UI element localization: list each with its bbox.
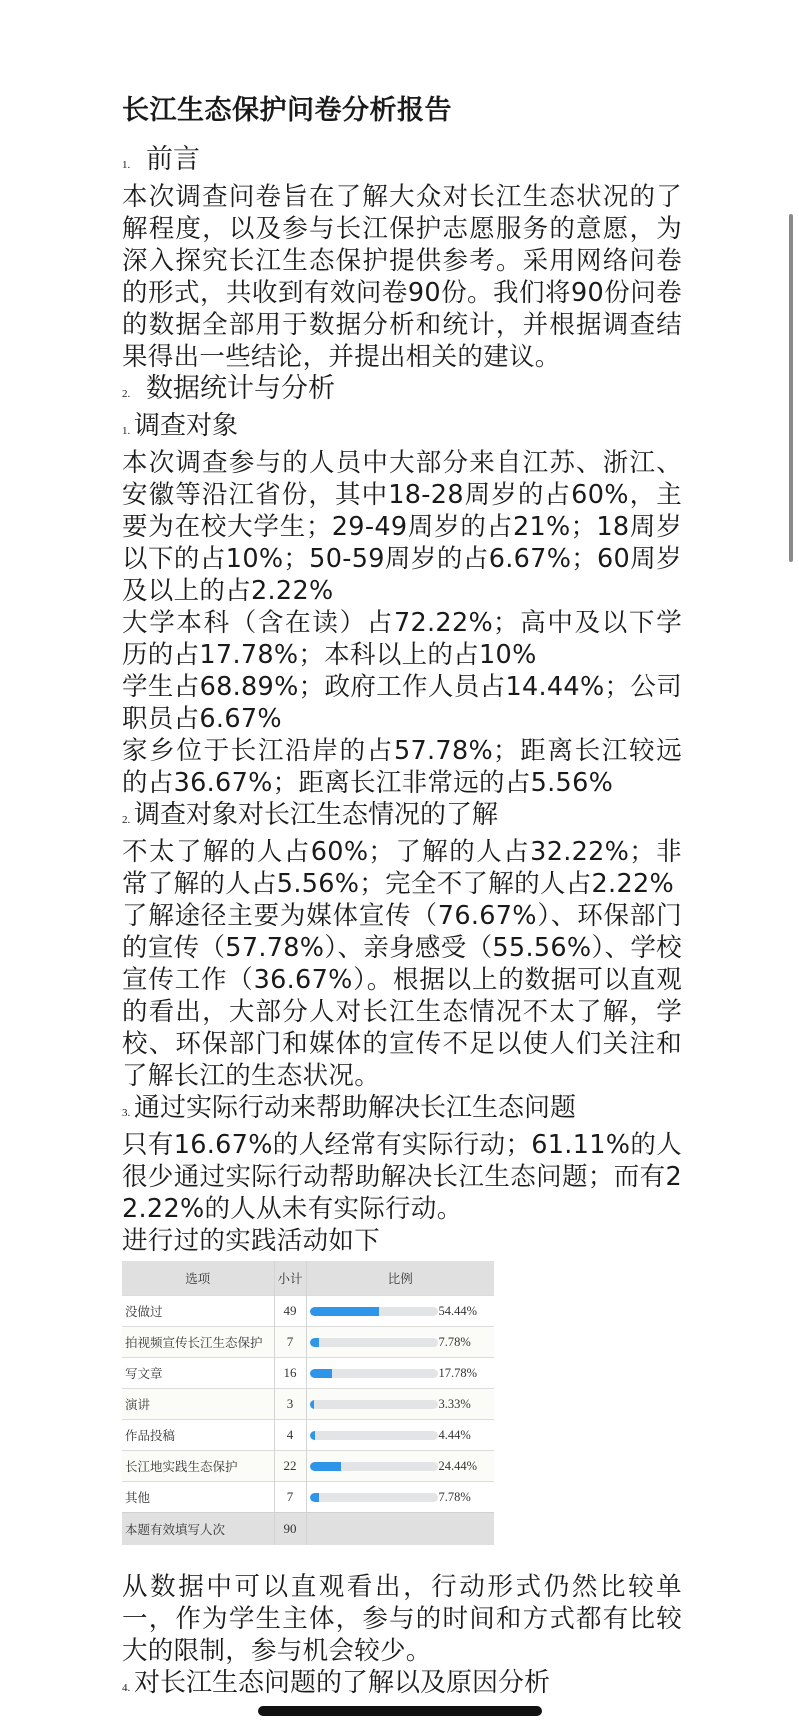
respondents-occupation-paragraph: 学生占68.89%；政府工作人员占14.44%；公司职员占6.67% bbox=[122, 671, 682, 735]
ratio-cell: 7.78% bbox=[306, 1327, 494, 1358]
count-cell: 49 bbox=[274, 1296, 306, 1327]
count-cell: 16 bbox=[274, 1358, 306, 1389]
ratio-cell: 3.33% bbox=[306, 1389, 494, 1420]
table-row: 演讲 3 3.33% bbox=[122, 1389, 494, 1420]
section-heading-text: 前言 bbox=[146, 144, 200, 176]
progress-bar-fill bbox=[310, 1431, 316, 1440]
section-number: 2. bbox=[122, 378, 146, 410]
footer-count-cell: 90 bbox=[274, 1513, 306, 1546]
respondents-hometown-paragraph: 家乡位于长江沿岸的占57.78%；距离长江较远的占36.67%；距离长江非常远的… bbox=[122, 735, 682, 799]
table-row: 长江地实践生态保护 22 24.44% bbox=[122, 1451, 494, 1482]
percent-label: 3.33% bbox=[439, 1397, 471, 1412]
option-cell: 演讲 bbox=[122, 1389, 274, 1420]
percent-label: 17.78% bbox=[439, 1366, 478, 1381]
ratio-cell: 4.44% bbox=[306, 1420, 494, 1451]
option-cell: 作品投稿 bbox=[122, 1420, 274, 1451]
awareness-level-paragraph: 不太了解的人占60%；了解的人占32.22%；非常了解的人占5.56%；完全不了… bbox=[122, 836, 682, 900]
awareness-channel-paragraph: 了解途径主要为媒体宣传（76.67%）、环保部门的宣传（57.78%）、亲身感受… bbox=[122, 900, 682, 1092]
subsection-number: 1. bbox=[122, 415, 134, 447]
option-cell: 其他 bbox=[122, 1482, 274, 1513]
progress-bar-fill bbox=[310, 1338, 320, 1347]
progress-bar bbox=[310, 1431, 438, 1440]
ratio-cell: 24.44% bbox=[306, 1451, 494, 1482]
subsection-heading-text: 调查对象对长江生态情况的了解 bbox=[134, 799, 498, 831]
activities-intro-line: 进行过的实践活动如下 bbox=[122, 1225, 682, 1257]
count-cell: 22 bbox=[274, 1451, 306, 1482]
respondents-age-paragraph: 本次调查参与的人员中大部分来自江苏、浙江、安徽等沿江省份，其中18-28周岁的占… bbox=[122, 447, 682, 607]
activities-table: 选项 小计 比例 没做过 49 54.44% 拍视频宣传长江生态保护 7 7.7… bbox=[122, 1261, 494, 1545]
option-cell: 没做过 bbox=[122, 1296, 274, 1327]
section-heading-preface: 1. 前言 bbox=[122, 144, 682, 181]
table-row: 其他 7 7.78% bbox=[122, 1482, 494, 1513]
percent-label: 7.78% bbox=[439, 1490, 471, 1505]
column-header-count: 小计 bbox=[274, 1261, 306, 1296]
count-cell: 7 bbox=[274, 1482, 306, 1513]
percent-label: 54.44% bbox=[439, 1304, 478, 1319]
column-header-option: 选项 bbox=[122, 1261, 274, 1296]
ratio-cell: 54.44% bbox=[306, 1296, 494, 1327]
column-header-ratio: 比例 bbox=[306, 1261, 494, 1296]
table-header-row: 选项 小计 比例 bbox=[122, 1261, 494, 1296]
home-indicator-bar[interactable] bbox=[258, 1706, 542, 1716]
table-row: 作品投稿 4 4.44% bbox=[122, 1420, 494, 1451]
percent-label: 24.44% bbox=[439, 1459, 478, 1474]
document-title: 长江生态保护问卷分析报告 bbox=[122, 92, 682, 130]
count-cell: 4 bbox=[274, 1420, 306, 1451]
subsection-number: 2. bbox=[122, 804, 134, 836]
ratio-cell: 17.78% bbox=[306, 1358, 494, 1389]
subsection-heading-awareness: 2. 调查对象对长江生态情况的了解 bbox=[122, 799, 682, 836]
subsection-heading-problem-analysis: 4. 对长江生态问题的了解以及原因分析 bbox=[122, 1667, 682, 1704]
option-cell: 写文章 bbox=[122, 1358, 274, 1389]
intro-paragraph: 本次调查问卷旨在了解大众对长江生态状况的了解程度，以及参与长江保护志愿服务的意愿… bbox=[122, 181, 682, 373]
option-cell: 拍视频宣传长江生态保护 bbox=[122, 1327, 274, 1358]
progress-bar bbox=[310, 1400, 438, 1409]
footer-empty-cell bbox=[306, 1513, 494, 1546]
activities-conclusion-paragraph: 从数据中可以直观看出，行动形式仍然比较单一，作为学生主体，参与的时间和方式都有比… bbox=[122, 1571, 682, 1667]
subsection-heading-actions: 3. 通过实际行动来帮助解决长江生态问题 bbox=[122, 1092, 682, 1129]
table-row: 拍视频宣传长江生态保护 7 7.78% bbox=[122, 1327, 494, 1358]
subsection-heading-text: 调查对象 bbox=[134, 410, 238, 442]
progress-bar bbox=[310, 1462, 438, 1471]
footer-label-cell: 本题有效填写人次 bbox=[122, 1513, 274, 1546]
progress-bar-fill bbox=[310, 1462, 341, 1471]
percent-label: 4.44% bbox=[439, 1428, 471, 1443]
progress-bar-fill bbox=[310, 1307, 380, 1316]
progress-bar-fill bbox=[310, 1400, 314, 1409]
table-row: 没做过 49 54.44% bbox=[122, 1296, 494, 1327]
progress-bar-fill bbox=[310, 1493, 320, 1502]
subsection-heading-respondents: 1. 调查对象 bbox=[122, 410, 682, 447]
respondents-education-paragraph: 大学本科（含在读）占72.22%；高中及以下学历的占17.78%；本科以上的占1… bbox=[122, 607, 682, 671]
progress-bar-fill bbox=[310, 1369, 333, 1378]
table-row: 写文章 16 17.78% bbox=[122, 1358, 494, 1389]
actions-frequency-paragraph: 只有16.67%的人经常有实际行动；61.11%的人很少通过实际行动帮助解决长江… bbox=[122, 1129, 682, 1225]
progress-bar bbox=[310, 1493, 438, 1502]
section-heading-data-analysis: 2. 数据统计与分析 bbox=[122, 373, 682, 410]
progress-bar bbox=[310, 1369, 438, 1378]
vertical-scrollbar[interactable] bbox=[789, 214, 793, 562]
section-heading-text: 数据统计与分析 bbox=[146, 373, 335, 405]
ratio-cell: 7.78% bbox=[306, 1482, 494, 1513]
option-cell: 长江地实践生态保护 bbox=[122, 1451, 274, 1482]
progress-bar bbox=[310, 1307, 438, 1316]
count-cell: 3 bbox=[274, 1389, 306, 1420]
subsection-number: 3. bbox=[122, 1097, 134, 1129]
subsection-heading-text: 对长江生态问题的了解以及原因分析 bbox=[134, 1667, 550, 1699]
progress-bar bbox=[310, 1338, 438, 1347]
table-footer-row: 本题有效填写人次 90 bbox=[122, 1513, 494, 1546]
section-number: 1. bbox=[122, 149, 146, 181]
count-cell: 7 bbox=[274, 1327, 306, 1358]
document-page: 长江生态保护问卷分析报告 1. 前言 本次调查问卷旨在了解大众对长江生态状况的了… bbox=[122, 92, 682, 1704]
subsection-heading-text: 通过实际行动来帮助解决长江生态问题 bbox=[134, 1092, 576, 1124]
percent-label: 7.78% bbox=[439, 1335, 471, 1350]
subsection-number: 4. bbox=[122, 1672, 134, 1704]
